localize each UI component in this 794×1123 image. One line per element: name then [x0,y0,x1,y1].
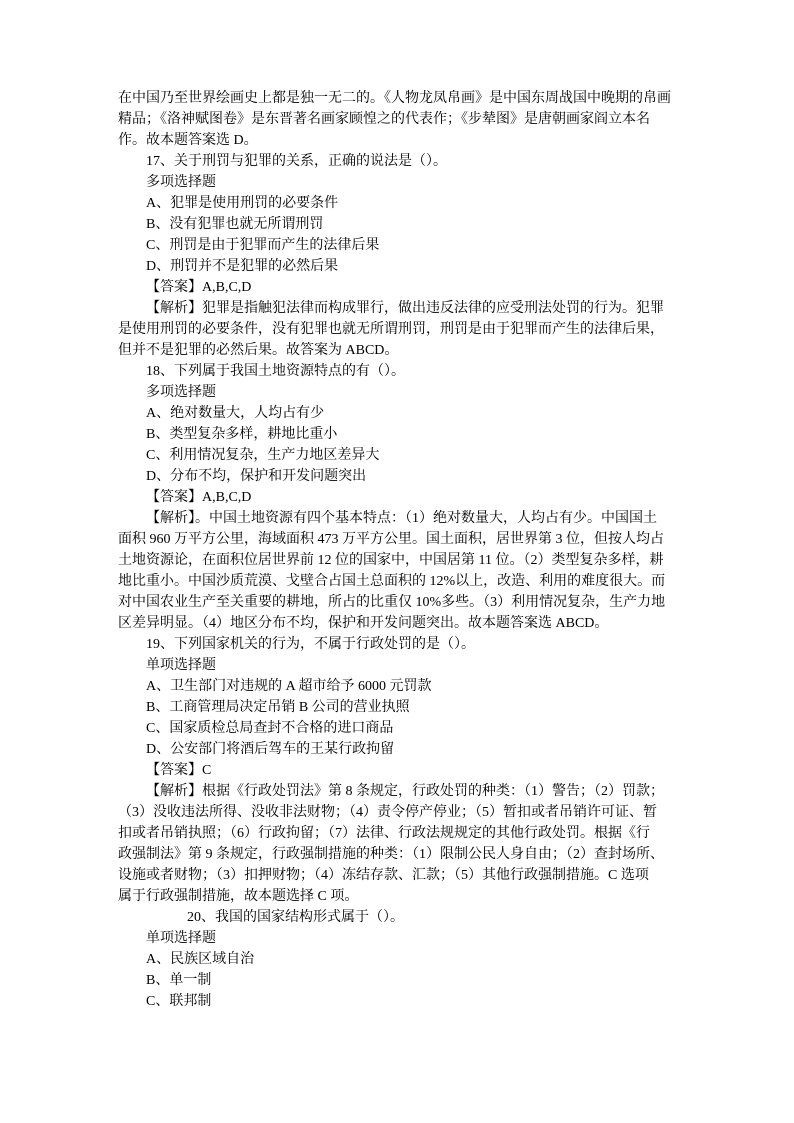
text-line: A、民族区域自治 [118,949,682,970]
text-line: 【答案】C [118,760,682,781]
text-line: 对中国农业生产至关重要的耕地，所占的比重仅 10%多些。（3）利用情况复杂，生产… [118,592,682,613]
text-line: B、工商管理局决定吊销 B 公司的营业执照 [118,697,682,718]
text-line: 政强制法》第 9 条规定，行政强制措施的种类：（1）限制公民人身自由；（2）查封… [118,844,682,865]
text-line: 18、下列属于我国土地资源特点的有（）。 [118,361,682,382]
text-line: 区差异明显。（4）地区分布不均，保护和开发问题突出。故本题答案选 ABCD。 [118,613,682,634]
text-line: A、绝对数量大，人均占有少 [118,403,682,424]
document-page: 在中国乃至世界绘画史上都是独一无二的。《人物龙凤帛画》是中国东周战国中晚期的帛画… [0,0,794,1123]
text-line: D、公安部门将酒后驾车的王某行政拘留 [118,739,682,760]
text-line: 扣或者吊销执照；（6）行政拘留；（7）法律、行政法规规定的其他行政处罚。根据《行 [118,823,682,844]
text-line: 设施或者财物；（3）扣押财物；（4）冻结存款、汇款；（5）其他行政强制措施。C … [118,865,682,886]
text-line: 【答案】A,B,C,D [118,487,682,508]
text-line: B、单一制 [118,970,682,991]
text-line: 土地资源论，在面积位居世界前 12 位的国家中，中国居第 11 位。（2）类型复… [118,550,682,571]
text-line: 地比重小。中国沙质荒漠、戈壁合占国土总面积的 12%以上，改造、利用的难度很大。… [118,571,682,592]
text-line: 属于行政强制措施，故本题选择 C 项。 [118,886,682,907]
text-line: 19、下列国家机关的行为，不属于行政处罚的是（）。 [118,634,682,655]
document-body: 在中国乃至世界绘画史上都是独一无二的。《人物龙凤帛画》是中国东周战国中晚期的帛画… [118,88,682,1012]
text-line: 但并不是犯罪的必然后果。故答案为 ABCD。 [118,340,682,361]
text-line: 17、关于刑罚与犯罪的关系，正确的说法是（）。 [118,151,682,172]
text-line: 【解析】犯罪是指触犯法律而构成罪行，做出违反法律的应受刑法处罚的行为。犯罪 [118,298,682,319]
text-line: A、犯罪是使用刑罚的必要条件 [118,193,682,214]
text-line: 20、我国的国家结构形式属于（）。 [118,907,682,928]
text-line: 【答案】A,B,C,D [118,277,682,298]
text-line: 在中国乃至世界绘画史上都是独一无二的。《人物龙凤帛画》是中国东周战国中晚期的帛画 [118,88,682,109]
text-line: 多项选择题 [118,172,682,193]
text-line: C、联邦制 [118,991,682,1012]
text-line: 多项选择题 [118,382,682,403]
text-line: B、类型复杂多样，耕地比重小 [118,424,682,445]
text-line: 【解析】根据《行政处罚法》第 8 条规定，行政处罚的种类：（1）警告；（2）罚款… [118,781,682,802]
text-line: 是使用刑罚的必要条件，没有犯罪也就无所谓刑罚，刑罚是由于犯罪而产生的法律后果， [118,319,682,340]
text-line: C、国家质检总局查封不合格的进口商品 [118,718,682,739]
text-line: B、没有犯罪也就无所谓刑罚 [118,214,682,235]
text-line: 作。故本题答案选 D。 [118,130,682,151]
text-line: 面积 960 万平方公里，海域面积 473 万平方公里。国土面积，居世界第 3 … [118,529,682,550]
text-line: 单项选择题 [118,655,682,676]
text-line: 【解析】。中国土地资源有四个基本特点：（1）绝对数量大，人均占有少。中国国土 [118,508,682,529]
text-line: D、刑罚并不是犯罪的必然后果 [118,256,682,277]
text-line: 精品；《洛神赋图卷》是东晋著名画家顾惶之的代表作；《步辇图》是唐朝画家阎立本名 [118,109,682,130]
text-line: D、分布不均，保护和开发问题突出 [118,466,682,487]
text-line: （3）没收违法所得、没收非法财物；（4）责令停产停业；（5）暂扣或者吊销许可证、… [118,802,682,823]
text-line: 单项选择题 [118,928,682,949]
text-line: A、卫生部门对违规的 A 超市给予 6000 元罚款 [118,676,682,697]
text-line: C、刑罚是由于犯罪而产生的法律后果 [118,235,682,256]
text-line: C、利用情况复杂，生产力地区差异大 [118,445,682,466]
